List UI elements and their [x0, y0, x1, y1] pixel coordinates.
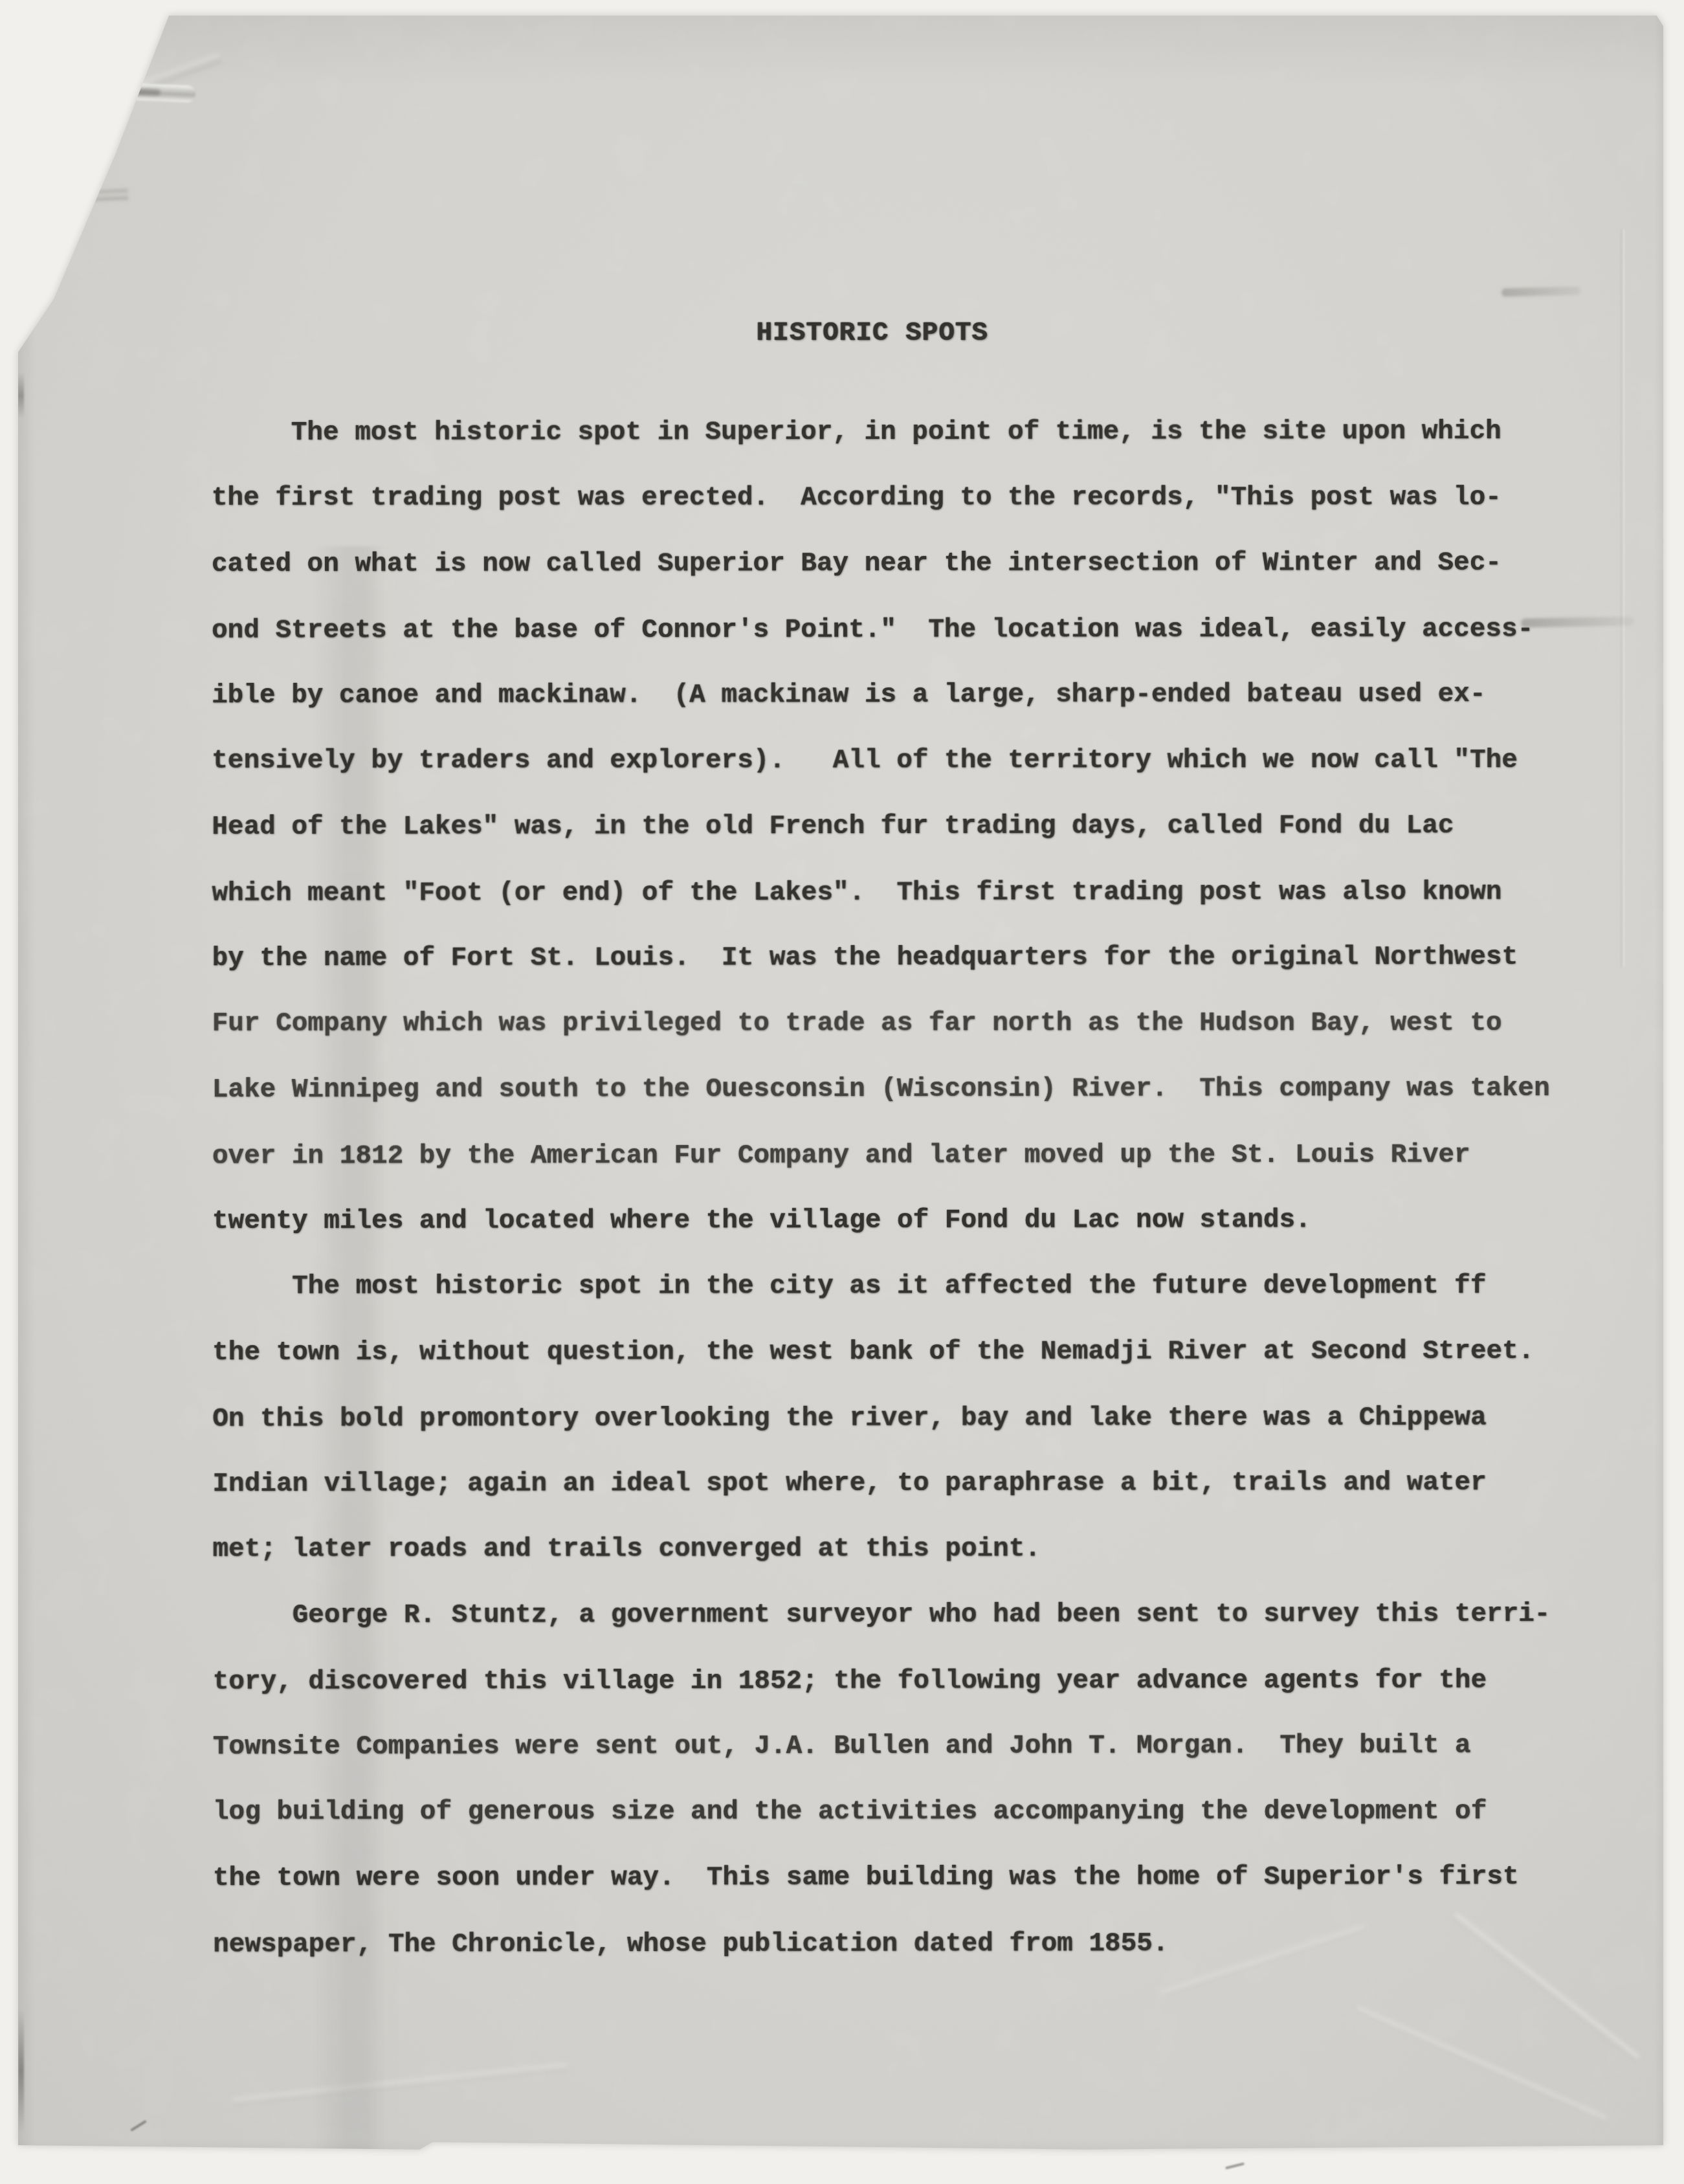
- paper-grain-texture: [18, 16, 1663, 2152]
- paper-sheet: HISTORIC SPOTS The most historic spot in…: [18, 16, 1663, 2152]
- scanned-page-wrapper: HISTORIC SPOTS The most historic spot in…: [0, 0, 1684, 2184]
- left-edge-ink-blob: [19, 234, 36, 274]
